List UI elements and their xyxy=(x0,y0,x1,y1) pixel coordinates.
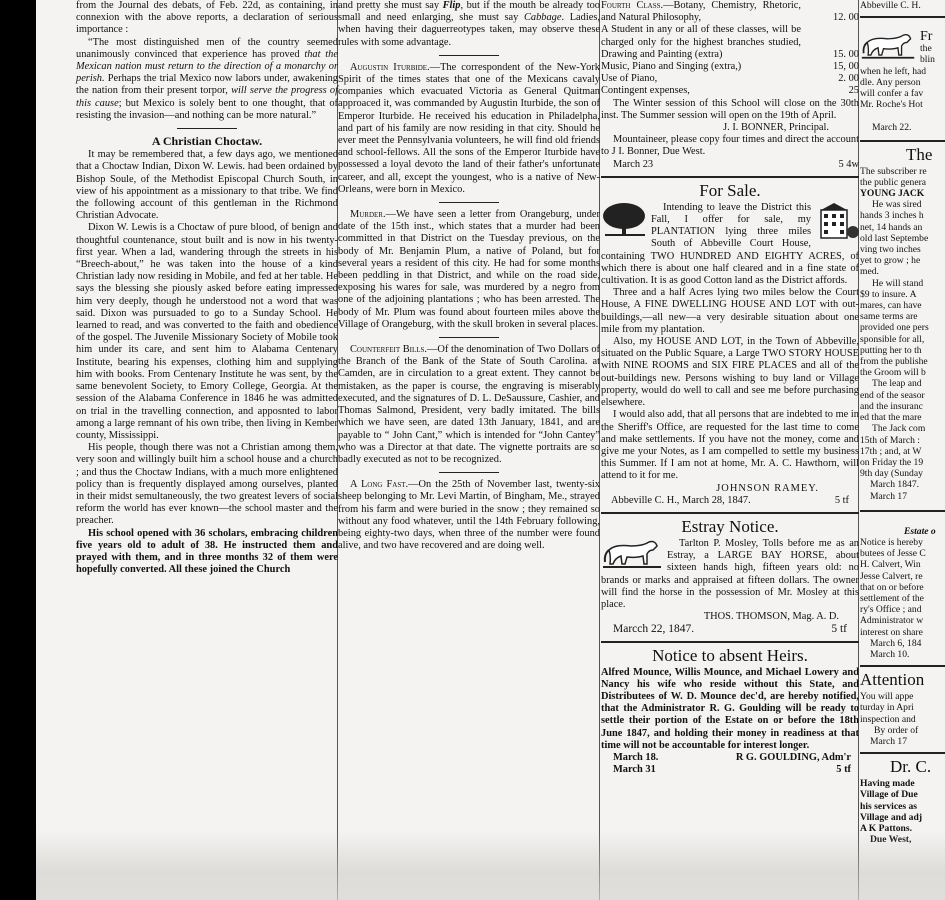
text-line: H. Calvert, Win xyxy=(860,559,945,570)
text-line: dle. Any person xyxy=(860,77,945,88)
text-line: March 17 xyxy=(860,736,945,747)
intro-text: from the Journal des debats, of Feb. 22d… xyxy=(76,0,338,37)
dateline: Marcch 22, 1847.5 tf xyxy=(601,623,859,635)
paper-stain xyxy=(36,830,945,900)
text-line: He will stand xyxy=(860,278,945,289)
mountaineer-note: Mountaineer, please copy four times and … xyxy=(601,134,859,158)
horse-icon xyxy=(601,538,663,574)
text-line: 15th of March : xyxy=(860,435,945,446)
text-line: inspection and xyxy=(860,714,945,725)
fee-row: Use of Piano,2. 00 xyxy=(601,73,859,85)
section-divider xyxy=(439,472,499,473)
section-divider xyxy=(439,202,499,203)
section-divider xyxy=(439,55,499,56)
fee-row: Fourth Class.—Botany, Chemistry, Rhetori… xyxy=(601,0,859,24)
text-line: Having made xyxy=(860,778,945,789)
counterfeit-article: Counterfeit Bills.—Of the denomination o… xyxy=(338,344,600,466)
horse-icon xyxy=(860,31,916,64)
text-line: settlement of the xyxy=(860,593,945,604)
text-line: that on or before xyxy=(860,582,945,593)
text-line: March 1847. xyxy=(860,479,945,490)
text-line: The xyxy=(860,145,945,165)
heirs-body: Alfred Mounce, Willis Mounce, and Michae… xyxy=(601,667,859,752)
text-line: ed that the mare xyxy=(860,412,945,423)
ad-divider xyxy=(860,16,945,18)
column-4-partial: Abbeville C. H. Fr the blin when he left… xyxy=(860,0,945,845)
dateline: March 235 4w xyxy=(601,159,859,171)
text-line: Due West, xyxy=(860,834,945,845)
text-line: March 17 xyxy=(860,491,945,502)
text-line: mares, can have xyxy=(860,300,945,311)
section-divider xyxy=(439,337,499,338)
text-line: net, 14 hands an xyxy=(860,222,945,233)
text-line: $9 to insure. A xyxy=(860,289,945,300)
text-line: his services as xyxy=(860,801,945,812)
text-line: Administrator w xyxy=(860,615,945,626)
fee-row: Contingent expenses,25 xyxy=(601,85,859,97)
text-line: The Jack com xyxy=(860,423,945,434)
text-line: He was sired xyxy=(860,199,945,210)
text-line: interest on share xyxy=(860,627,945,638)
for-sale-title: For Sale. xyxy=(601,181,859,201)
ad-divider xyxy=(601,176,859,178)
text-line: from the publishe xyxy=(860,356,945,367)
text-line: By order of xyxy=(860,725,945,736)
text-line: YOUNG JACK xyxy=(860,188,945,199)
ad-divider xyxy=(860,510,945,512)
fee-row: A Student in any or all of these classes… xyxy=(601,24,859,61)
text-line: Attention xyxy=(860,670,945,690)
text-line: old last Septembe xyxy=(860,233,945,244)
text-line: Village and adj xyxy=(860,812,945,823)
dateline: Abbeville C. H., March 28, 1847.5 tf xyxy=(601,495,859,507)
text-line: when he left, had xyxy=(860,66,945,77)
text-line: butees of Jesse C xyxy=(860,548,945,559)
long-fast-article: A Long Fast.—On the 25th of November las… xyxy=(338,479,600,552)
ad-divider xyxy=(860,140,945,142)
text-line: yet to grow ; he xyxy=(860,255,945,266)
column-1: from the Journal des debats, of Feb. 22d… xyxy=(76,0,338,576)
text-line: ving two inches xyxy=(860,244,945,255)
text-line: provided one pers xyxy=(860,322,945,333)
principal-signature: J. I. BONNER, Principal. xyxy=(601,122,859,134)
text-line: med. xyxy=(860,266,945,277)
text-line: will confer a fav xyxy=(860,88,945,99)
section-divider xyxy=(177,128,237,129)
fee-row: Music, Piano and Singing (extra,)15, 00 xyxy=(601,61,859,73)
article-paragraph: His school opened with 36 scholars, embr… xyxy=(76,528,338,577)
text-line: March 10. xyxy=(860,649,945,660)
mexico-quote: “The most distinguished men of the count… xyxy=(76,37,338,122)
ad-divider xyxy=(860,752,945,754)
text-line: hands 3 inches h xyxy=(860,210,945,221)
sale-paragraph: Three and a half Acres lying two miles b… xyxy=(601,287,859,336)
dateline: March 315 tf xyxy=(601,764,859,776)
text-line: You will appe xyxy=(860,691,945,702)
heirs-title: Notice to absent Heirs. xyxy=(601,646,859,666)
text-line: Estate o xyxy=(860,526,945,537)
text-line: 17th ; and, at W xyxy=(860,446,945,457)
text-line: end of the seasor xyxy=(860,390,945,401)
text-line: the public genera xyxy=(860,177,945,188)
dateline: March 18.R G. GOULDING, Adm'r xyxy=(601,752,859,764)
estray-title: Estray Notice. xyxy=(601,517,859,537)
text-line: A K Pattons. xyxy=(860,823,945,834)
text-line: on Friday the 19 xyxy=(860,457,945,468)
sale-signature: JOHNSON RAMEY. xyxy=(601,483,859,495)
column-3: Fourth Class.—Botany, Chemistry, Rhetori… xyxy=(601,0,859,776)
text-line: 9th day (Sunday xyxy=(860,468,945,479)
newspaper-page: from the Journal des debats, of Feb. 22d… xyxy=(36,0,945,900)
text-line: Notice is hereby xyxy=(860,537,945,548)
text-line: Dr. C. xyxy=(860,757,945,777)
daguerreotype-text: and pretty she must say Flip, but if the… xyxy=(338,0,600,49)
session-text: The Winter session of this School will c… xyxy=(601,98,859,122)
sale-paragraph: I would also add, that all persons that … xyxy=(601,409,859,482)
text-line: same terms are xyxy=(860,311,945,322)
article-paragraph: It may be remembered that, a few days ag… xyxy=(76,149,338,222)
text-line: March 22. xyxy=(872,122,945,133)
ad-divider xyxy=(601,512,859,514)
article-title: A Christian Choctaw. xyxy=(76,135,338,147)
column-2: and pretty she must say Flip, but if the… xyxy=(338,0,600,552)
text-line: turday in Apri xyxy=(860,702,945,713)
house-icon xyxy=(815,202,859,244)
iturbide-article: Augustin Iturbide.—The correspondent of … xyxy=(338,62,600,196)
text-line: ry's Office ; and xyxy=(860,604,945,615)
text-line: Abbeville C. H. xyxy=(860,0,945,11)
ad-divider xyxy=(601,641,859,643)
text-line: Mr. Roche's Hot xyxy=(860,99,945,110)
text-line: The leap and xyxy=(860,378,945,389)
estray-signature: THOS. THOMSON, Mag. A. D. xyxy=(601,611,859,623)
text-line: March 6, 184 xyxy=(860,638,945,649)
text-line: sponsible for all, xyxy=(860,334,945,345)
ad-divider xyxy=(860,665,945,667)
text-line: and the insuranc xyxy=(860,401,945,412)
text-line: the Groom will b xyxy=(860,367,945,378)
text-line: putting her to th xyxy=(860,345,945,356)
article-paragraph: Dixon W. Lewis is a Choctaw of pure bloo… xyxy=(76,222,338,442)
murder-article: Murder.—We have seen a letter from Orang… xyxy=(338,209,600,331)
text-line: The subscriber re xyxy=(860,166,945,177)
text-line: Village of Due xyxy=(860,789,945,800)
article-paragraph: His people, though there was not a Chris… xyxy=(76,442,338,527)
sale-paragraph: Also, my HOUSE AND LOT, in the Town of A… xyxy=(601,336,859,409)
text-line: Jesse Calvert, re xyxy=(860,571,945,582)
tree-icon xyxy=(601,202,647,242)
